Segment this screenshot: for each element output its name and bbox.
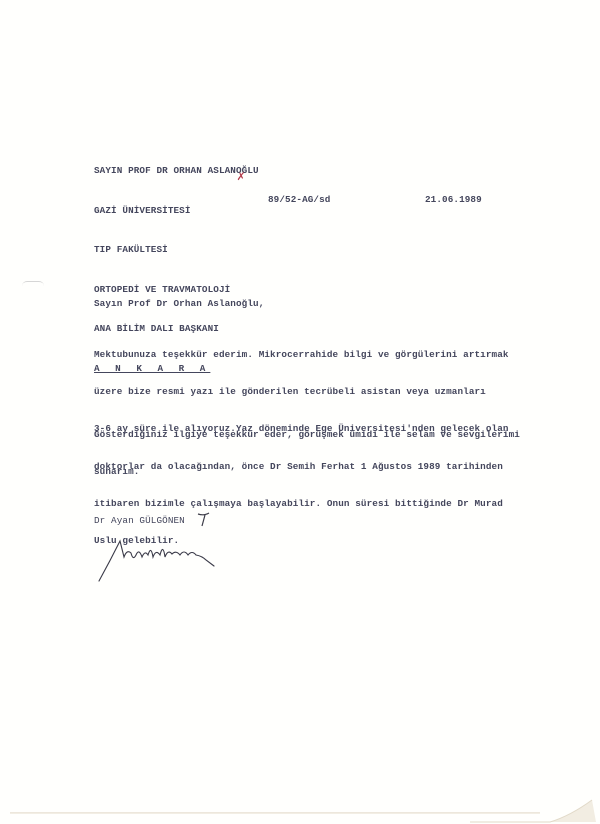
body-line: üzere bize resmi yazı ile gönderilen tec… xyxy=(94,385,509,396)
handwritten-signature xyxy=(96,535,221,585)
recipient-line: TIP FAKÜLTESİ xyxy=(94,243,259,257)
closing-line: Gösterdiğiniz ilgiye teşekkür eder, görü… xyxy=(94,428,520,439)
recipient-line: ORTOPEDİ VE TRAVMATOLOJİ xyxy=(94,283,259,297)
x-mark-icon: ✗ xyxy=(237,169,245,184)
closing-line: sunarım. xyxy=(94,465,520,476)
reference-number: 89/52-AG/sd xyxy=(268,193,330,206)
paper-smudge xyxy=(22,281,44,286)
checkmark-icon xyxy=(196,510,216,528)
page-bottom-edge xyxy=(10,812,540,814)
recipient-line: GAZİ ÜNİVERSİTESİ xyxy=(94,204,259,218)
recipient-line: SAYIN PROF DR ORHAN ASLANOĞLU xyxy=(94,164,259,178)
body-line: Mektubunuza teşekkür ederim. Mikrocerrah… xyxy=(94,348,509,359)
signer-name: Dr Ayan GÜLGÖNEN xyxy=(94,514,185,527)
letter-date: 21.06.1989 xyxy=(425,193,482,206)
page-corner-curl xyxy=(470,764,600,824)
letter-page: SAYIN PROF DR ORHAN ASLANOĞLU GAZİ ÜNİVE… xyxy=(0,0,600,824)
salutation: Sayın Prof Dr Orhan Aslanoğlu, xyxy=(94,297,264,310)
closing-paragraph: Gösterdiğiniz ilgiye teşekkür eder, görü… xyxy=(94,402,520,502)
